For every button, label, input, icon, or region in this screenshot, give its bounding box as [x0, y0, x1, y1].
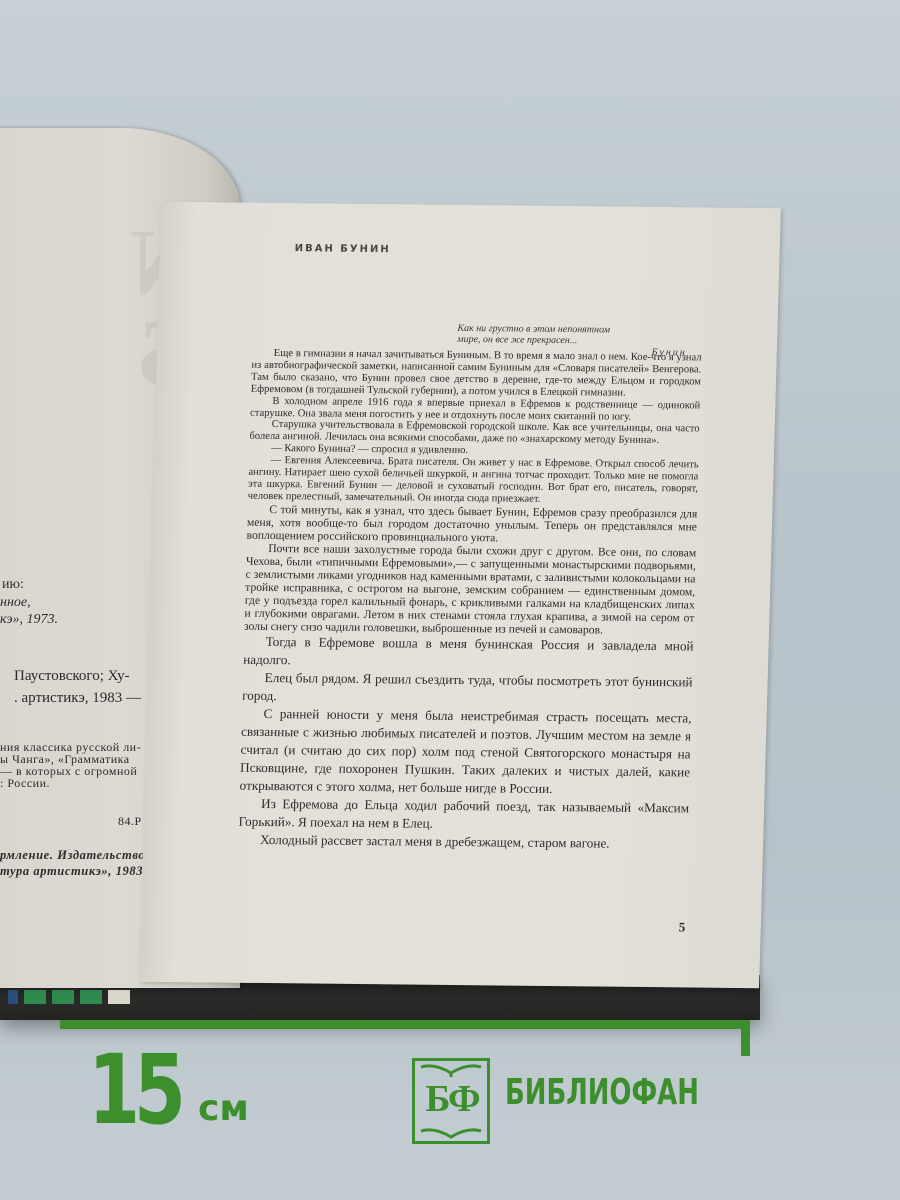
- book-logo-icon: БФ: [412, 1058, 490, 1144]
- left-line: Паустовского; Ху-: [14, 668, 130, 685]
- paragraph: Елец был рядом. Я решил съездить туда, ч…: [242, 669, 693, 710]
- running-head: ИВАН БУНИН: [295, 243, 391, 255]
- size-unit: см: [198, 1088, 249, 1129]
- ruler-bar: [60, 1020, 750, 1029]
- left-line: рмление. Издательство: [0, 848, 145, 863]
- logo-letters: БФ: [417, 1077, 487, 1121]
- left-line: нное,: [0, 595, 31, 611]
- body-text: Еще в гимназии я начал зачитываться Буни…: [238, 348, 702, 853]
- paragraph: Тогда в Ефремове вошла в меня бунинская …: [243, 633, 694, 674]
- brand-name: БИБЛИОФАН: [505, 1072, 699, 1113]
- paragraph: С ранней юности у меня была неистребимая…: [239, 705, 691, 800]
- paragraph: — Евгения Алексеевича. Брата писателя. О…: [248, 455, 699, 507]
- paragraph: Из Ефремова до Ельца ходил рабочий поезд…: [238, 795, 689, 836]
- left-line: . артистикэ, 1983 —: [14, 690, 141, 707]
- paragraph: Еще в гимназии я начал зачитываться Буни…: [251, 348, 702, 400]
- ruler-end-tick: [741, 1020, 750, 1056]
- left-line: : России.: [0, 776, 50, 791]
- paragraph: Почти все наши захолустные города были с…: [244, 542, 696, 638]
- left-line: тура артистикэ», 1983: [0, 864, 143, 879]
- size-label: 15 см: [88, 1040, 206, 1140]
- page-number: 5: [679, 919, 686, 935]
- paragraph: Холодный рассвет застал меня в дребезжащ…: [238, 831, 688, 854]
- paragraph: С той минуты, как я узнал, что здесь быв…: [246, 503, 697, 547]
- left-line: ию:: [2, 577, 24, 593]
- size-value: 15: [88, 1040, 180, 1140]
- cover-stripes: [0, 990, 138, 1010]
- right-page: ИВАН БУНИН Как ни грустно в этом непонят…: [139, 202, 781, 988]
- left-line: кэ», 1973.: [0, 612, 58, 628]
